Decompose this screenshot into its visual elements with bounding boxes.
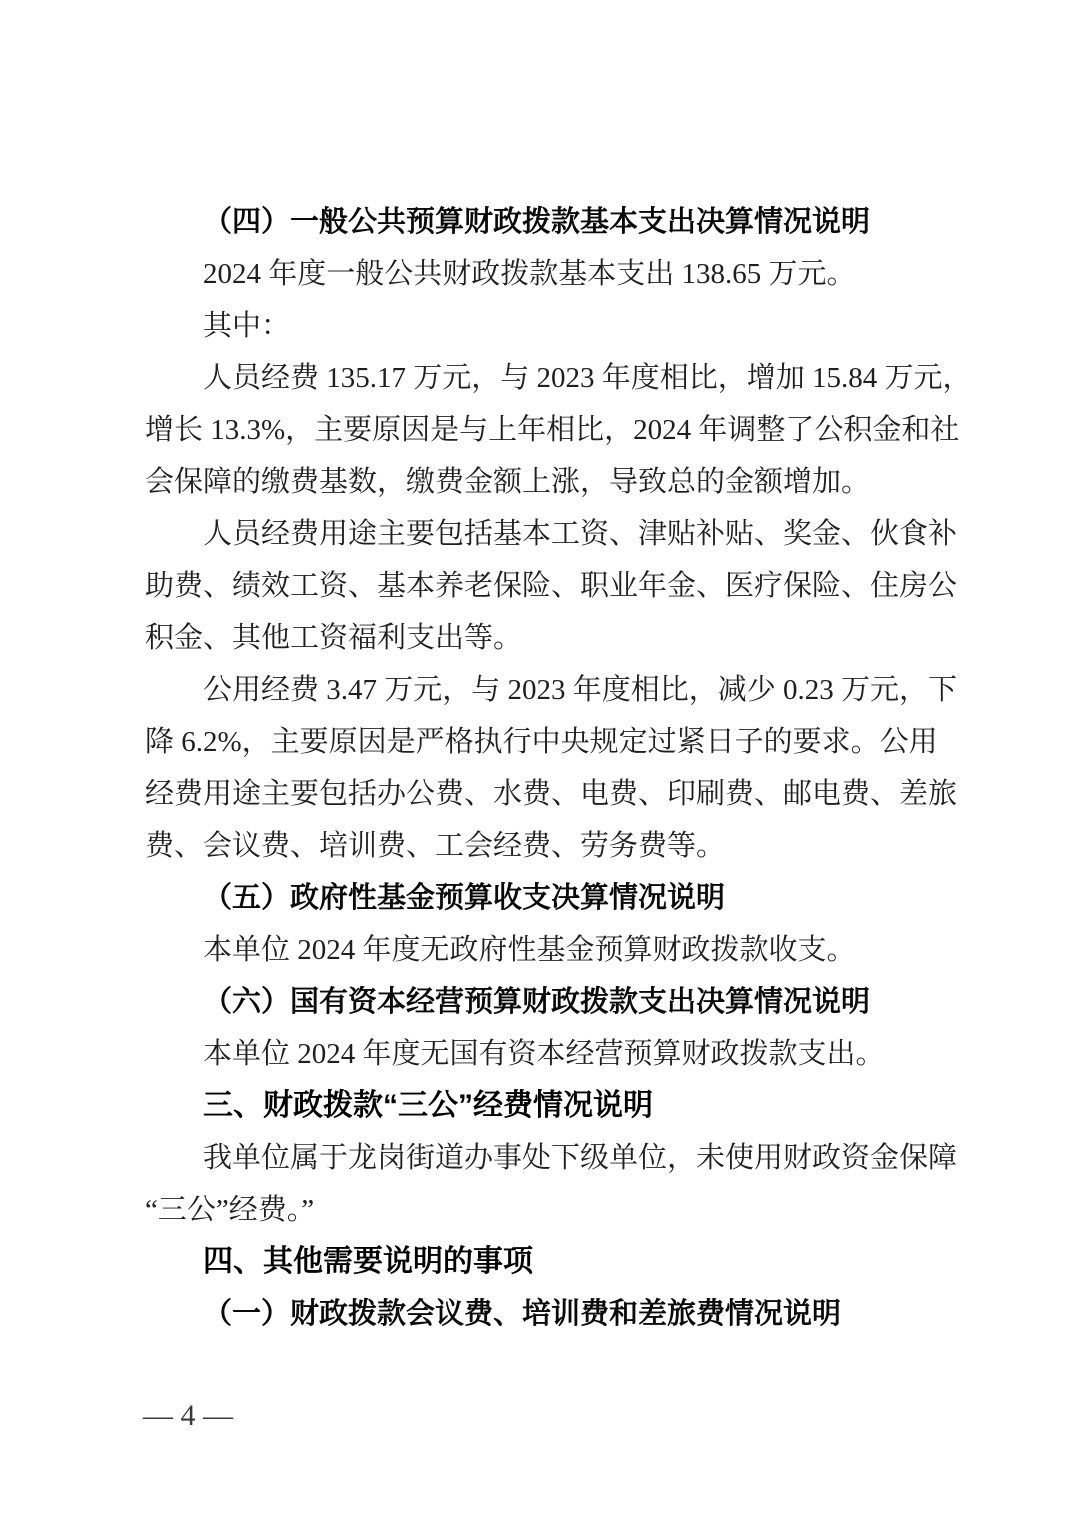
paragraph-line: 本单位 2024 年度无政府性基金预算财政拨款收支。 (145, 924, 957, 976)
paragraph-line: “三公”经费。” (145, 1184, 957, 1236)
paragraph-line: 经费用途主要包括办公费、水费、电费、印刷费、邮电费、差旅 (145, 768, 957, 820)
paragraph: 公用经费 3.47 万元，与 2023 年度相比，减少 0.23 万元，下降 6… (145, 664, 957, 872)
paragraph: 本单位 2024 年度无国有资本经营预算财政拨款支出。 (145, 1028, 957, 1080)
paragraph: 2024 年度一般公共财政拨款基本支出 138.65 万元。 (145, 248, 957, 300)
heading-line: 四、其他需要说明的事项 (145, 1236, 957, 1288)
paragraph-line: 费、会议费、培训费、工会经费、劳务费等。 (145, 820, 957, 872)
paragraph: 其中： (145, 300, 957, 352)
page-number: — 4 — (143, 1399, 233, 1432)
heading-line: 三、财政拨款“三公”经费情况说明 (145, 1080, 957, 1132)
section-heading: （六）国有资本经营预算财政拨款支出决算情况说明 (145, 976, 957, 1028)
paragraph: 我单位属于龙岗街道办事处下级单位，未使用财政资金保障“三公”经费。” (145, 1132, 957, 1236)
paragraph-line: 本单位 2024 年度无国有资本经营预算财政拨款支出。 (145, 1028, 957, 1080)
paragraph-line: 人员经费 135.17 万元，与 2023 年度相比，增加 15.84 万元， (145, 352, 957, 404)
paragraph-line: 降 6.2%，主要原因是严格执行中央规定过紧日子的要求。公用 (145, 716, 957, 768)
paragraph-line: 我单位属于龙岗街道办事处下级单位，未使用财政资金保障 (145, 1132, 957, 1184)
paragraph-line: 人员经费用途主要包括基本工资、津贴补贴、奖金、伙食补 (145, 508, 957, 560)
heading-line: （六）国有资本经营预算财政拨款支出决算情况说明 (145, 976, 957, 1028)
heading-line: （五）政府性基金预算收支决算情况说明 (145, 872, 957, 924)
document-body: （四）一般公共预算财政拨款基本支出决算情况说明2024 年度一般公共财政拨款基本… (145, 196, 957, 1340)
paragraph-line: 2024 年度一般公共财政拨款基本支出 138.65 万元。 (145, 248, 957, 300)
paragraph: 人员经费用途主要包括基本工资、津贴补贴、奖金、伙食补助费、绩效工资、基本养老保险… (145, 508, 957, 664)
paragraph: 本单位 2024 年度无政府性基金预算财政拨款收支。 (145, 924, 957, 976)
paragraph-line: 公用经费 3.47 万元，与 2023 年度相比，减少 0.23 万元，下 (145, 664, 957, 716)
section-heading: （一）财政拨款会议费、培训费和差旅费情况说明 (145, 1288, 957, 1340)
page-footer: — 4 — (143, 1398, 233, 1434)
paragraph-line: 增长 13.3%，主要原因是与上年相比，2024 年调整了公积金和社 (145, 404, 957, 456)
section-heading: （四）一般公共预算财政拨款基本支出决算情况说明 (145, 196, 957, 248)
heading-line: （四）一般公共预算财政拨款基本支出决算情况说明 (145, 196, 957, 248)
heading-line: （一）财政拨款会议费、培训费和差旅费情况说明 (145, 1288, 957, 1340)
paragraph-line: 会保障的缴费基数，缴费金额上涨，导致总的金额增加。 (145, 456, 957, 508)
section-heading: （五）政府性基金预算收支决算情况说明 (145, 872, 957, 924)
paragraph-line: 其中： (145, 300, 957, 352)
document-page: （四）一般公共预算财政拨款基本支出决算情况说明2024 年度一般公共财政拨款基本… (0, 0, 1075, 1520)
paragraph-line: 助费、绩效工资、基本养老保险、职业年金、医疗保险、住房公 (145, 560, 957, 612)
paragraph-line: 积金、其他工资福利支出等。 (145, 612, 957, 664)
section-heading: 三、财政拨款“三公”经费情况说明 (145, 1080, 957, 1132)
section-heading: 四、其他需要说明的事项 (145, 1236, 957, 1288)
paragraph: 人员经费 135.17 万元，与 2023 年度相比，增加 15.84 万元，增… (145, 352, 957, 508)
